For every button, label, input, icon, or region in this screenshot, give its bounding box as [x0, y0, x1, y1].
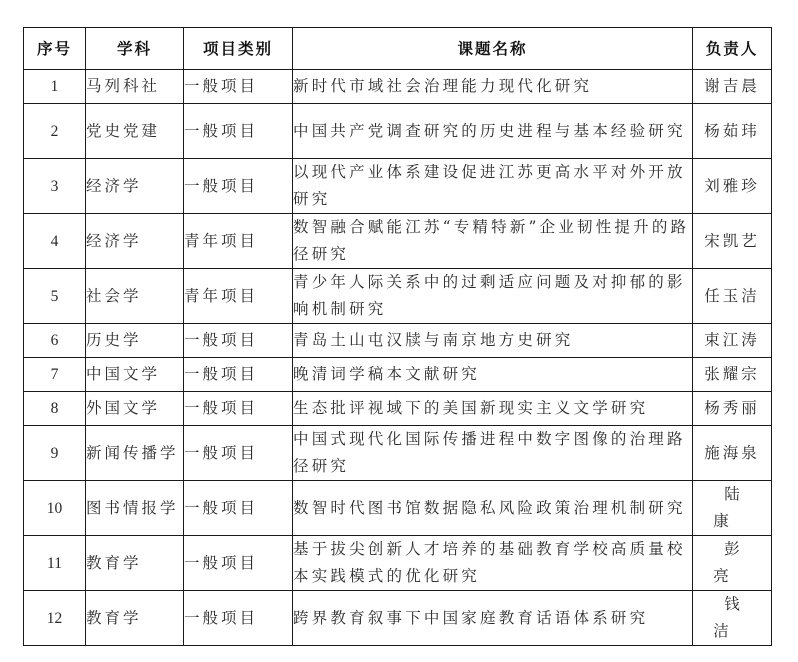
- cell-subject: 马列科社: [86, 70, 184, 104]
- cell-project-type: 一般项目: [184, 591, 293, 646]
- cell-serial-no: 4: [24, 214, 86, 269]
- cell-topic-title: 跨界教育叙事下中国家庭教育话语体系研究: [293, 591, 693, 646]
- cell-serial-no: 3: [24, 159, 86, 214]
- cell-topic-title: 基于拔尖创新人才培养的基础教育学校高质量校本实践模式的优化研究: [293, 536, 693, 591]
- cell-principal: 施海泉: [693, 426, 772, 481]
- cell-subject: 教育学: [86, 591, 184, 646]
- cell-principal: 束江涛: [693, 324, 772, 358]
- cell-subject: 历史学: [86, 324, 184, 358]
- table-header-row: 序号 学科 项目类别 课题名称 负责人: [24, 28, 772, 70]
- cell-topic-title: 青岛土山屯汉牍与南京地方史研究: [293, 324, 693, 358]
- cell-topic-title: 生态批评视域下的美国新现实主义文学研究: [293, 392, 693, 426]
- table-row: 12 教育学 一般项目 跨界教育叙事下中国家庭教育话语体系研究 钱洁: [24, 591, 772, 646]
- cell-subject: 外国文学: [86, 392, 184, 426]
- table-row: 1 马列科社 一般项目 新时代市域社会治理能力现代化研究 谢吉晨: [24, 70, 772, 104]
- cell-project-type: 一般项目: [184, 358, 293, 392]
- cell-serial-no: 11: [24, 536, 86, 591]
- table-row: 7 中国文学 一般项目 晚清词学稿本文献研究 张耀宗: [24, 358, 772, 392]
- table-row: 5 社会学 青年项目 青少年人际关系中的过剩适应问题及对抑郁的影响机制研究 任玉…: [24, 269, 772, 324]
- cell-subject: 经济学: [86, 214, 184, 269]
- cell-project-type: 一般项目: [184, 392, 293, 426]
- header-subject: 学科: [86, 28, 184, 70]
- table-row: 6 历史学 一般项目 青岛土山屯汉牍与南京地方史研究 束江涛: [24, 324, 772, 358]
- header-serial-no: 序号: [24, 28, 86, 70]
- table-row: 3 经济学 一般项目 以现代产业体系建设促进江苏更高水平对外开放研究 刘雅珍: [24, 159, 772, 214]
- cell-serial-no: 2: [24, 104, 86, 159]
- cell-subject: 社会学: [86, 269, 184, 324]
- cell-serial-no: 10: [24, 481, 86, 536]
- cell-project-type: 一般项目: [184, 481, 293, 536]
- cell-serial-no: 5: [24, 269, 86, 324]
- cell-topic-title: 晚清词学稿本文献研究: [293, 358, 693, 392]
- cell-project-type: 一般项目: [184, 324, 293, 358]
- cell-serial-no: 1: [24, 70, 86, 104]
- cell-topic-title: 新时代市域社会治理能力现代化研究: [293, 70, 693, 104]
- table-row: 9 新闻传播学 一般项目 中国式现代化国际传播进程中数字图像的治理路径研究 施海…: [24, 426, 772, 481]
- table-row: 8 外国文学 一般项目 生态批评视域下的美国新现实主义文学研究 杨秀丽: [24, 392, 772, 426]
- cell-serial-no: 8: [24, 392, 86, 426]
- cell-topic-title: 数智融合赋能江苏“专精特新”企业韧性提升的路径研究: [293, 214, 693, 269]
- cell-principal: 陆康: [693, 481, 772, 536]
- cell-principal: 钱洁: [693, 591, 772, 646]
- cell-project-type: 青年项目: [184, 269, 293, 324]
- cell-principal: 任玉洁: [693, 269, 772, 324]
- cell-principal: 刘雅珍: [693, 159, 772, 214]
- cell-subject: 教育学: [86, 536, 184, 591]
- cell-project-type: 一般项目: [184, 426, 293, 481]
- cell-topic-title: 青少年人际关系中的过剩适应问题及对抑郁的影响机制研究: [293, 269, 693, 324]
- cell-topic-title: 中国共产党调查研究的历史进程与基本经验研究: [293, 104, 693, 159]
- cell-serial-no: 9: [24, 426, 86, 481]
- project-list-table: 序号 学科 项目类别 课题名称 负责人 1 马列科社 一般项目 新时代市域社会治…: [23, 27, 772, 646]
- cell-serial-no: 12: [24, 591, 86, 646]
- cell-serial-no: 7: [24, 358, 86, 392]
- table-row: 11 教育学 一般项目 基于拔尖创新人才培养的基础教育学校高质量校本实践模式的优…: [24, 536, 772, 591]
- cell-principal: 杨秀丽: [693, 392, 772, 426]
- table-row: 10 图书情报学 一般项目 数智时代图书馆数据隐私风险政策治理机制研究 陆康: [24, 481, 772, 536]
- cell-subject: 党史党建: [86, 104, 184, 159]
- header-project-type: 项目类别: [184, 28, 293, 70]
- table-row: 2 党史党建 一般项目 中国共产党调查研究的历史进程与基本经验研究 杨茹玮: [24, 104, 772, 159]
- cell-project-type: 一般项目: [184, 536, 293, 591]
- header-topic-title: 课题名称: [293, 28, 693, 70]
- cell-subject: 经济学: [86, 159, 184, 214]
- cell-project-type: 青年项目: [184, 214, 293, 269]
- cell-principal: 谢吉晨: [693, 70, 772, 104]
- cell-subject: 中国文学: [86, 358, 184, 392]
- cell-project-type: 一般项目: [184, 159, 293, 214]
- cell-topic-title: 数智时代图书馆数据隐私风险政策治理机制研究: [293, 481, 693, 536]
- cell-project-type: 一般项目: [184, 70, 293, 104]
- header-principal: 负责人: [693, 28, 772, 70]
- cell-serial-no: 6: [24, 324, 86, 358]
- cell-topic-title: 中国式现代化国际传播进程中数字图像的治理路径研究: [293, 426, 693, 481]
- table-row: 4 经济学 青年项目 数智融合赋能江苏“专精特新”企业韧性提升的路径研究 宋凯艺: [24, 214, 772, 269]
- cell-principal: 杨茹玮: [693, 104, 772, 159]
- cell-subject: 图书情报学: [86, 481, 184, 536]
- cell-principal: 宋凯艺: [693, 214, 772, 269]
- cell-subject: 新闻传播学: [86, 426, 184, 481]
- cell-project-type: 一般项目: [184, 104, 293, 159]
- cell-principal: 张耀宗: [693, 358, 772, 392]
- cell-principal: 彭亮: [693, 536, 772, 591]
- cell-topic-title: 以现代产业体系建设促进江苏更高水平对外开放研究: [293, 159, 693, 214]
